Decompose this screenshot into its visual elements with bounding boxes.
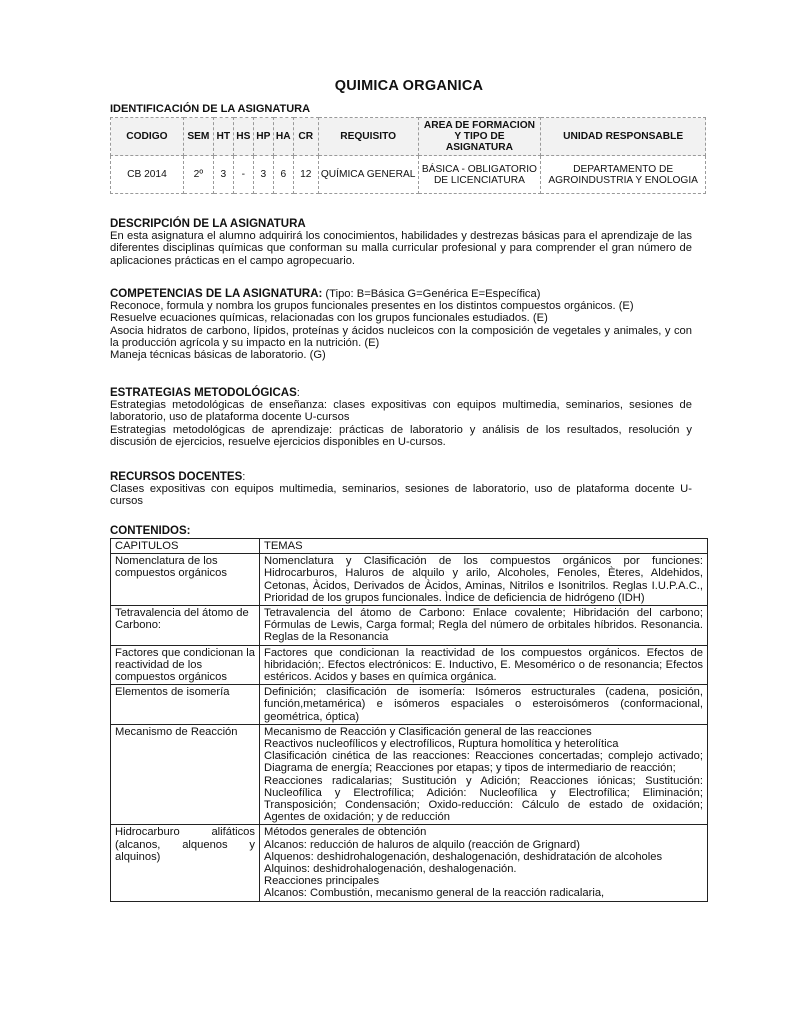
- identification-value-row: CB 2014 2º 3 - 3 6 12 QUÍMICA GENERAL BÁ…: [111, 156, 706, 194]
- topics-cell: Métodos generales de obtención Alcanos: …: [260, 825, 708, 901]
- col-header: HS: [233, 118, 253, 156]
- competency-type: (E): [364, 337, 379, 349]
- col-header: CR: [293, 118, 318, 156]
- topic-line: Reactivos nucleofílicos y electrofílicos…: [264, 738, 703, 750]
- topics-cell: Mecanismo de Reacción y Clasificación ge…: [260, 724, 708, 825]
- topic-line: Clasificación cinética de las reacciones…: [264, 750, 703, 774]
- competencies-heading-line: COMPETENCIAS DE LA ASIGNATURA: (Tipo: B=…: [110, 288, 692, 300]
- competencies-heading: COMPETENCIAS DE LA ASIGNATURA:: [110, 288, 322, 300]
- topics-cell: Definición; clasificación de isomería: I…: [260, 685, 708, 725]
- chapter-cell: Hidrocarburo alifáticos (alcanos, alquen…: [111, 825, 260, 901]
- topic-line: Tetravalencia del átomo de Carbono: Enla…: [264, 607, 703, 644]
- chapter-cell: Elementos de isomería: [111, 685, 260, 725]
- table-cell: -: [233, 156, 253, 194]
- col-header-chapters: CAPITULOS: [111, 539, 260, 554]
- col-header: AREA DE FORMACION Y TIPO DE ASIGNATURA: [418, 118, 541, 156]
- table-cell: CB 2014: [111, 156, 184, 194]
- topic-line: Reacciones principales: [264, 875, 703, 887]
- col-header: UNIDAD RESPONSABLE: [541, 118, 706, 156]
- topics-cell: Factores que condicionan la reactividad …: [260, 645, 708, 685]
- topic-line: Alcanos: Combustión, mecanismo general d…: [264, 887, 703, 899]
- competency-text: Resuelve ecuaciones químicas, relacionad…: [110, 312, 530, 324]
- description-section: DESCRIPCIÓN DE LA ASIGNATURA En esta asi…: [110, 218, 692, 267]
- topic-line: Reacciones radicalarias; Sustitución y A…: [264, 775, 703, 824]
- contents-table: CAPITULOS TEMAS Nomenclatura de los comp…: [110, 538, 708, 902]
- competency-item: Asocia hidratos de carbono, lípidos, pro…: [110, 325, 692, 349]
- table-row: Nomenclatura de los compuestos orgánicos…: [111, 554, 708, 606]
- col-header: CODIGO: [111, 118, 184, 156]
- col-header: HA: [273, 118, 293, 156]
- strategies-section: ESTRATEGIAS METODOLÓGICAS: Estrategias m…: [110, 387, 692, 448]
- col-header: HP: [253, 118, 273, 156]
- description-text: En esta asignatura el alumno adquirirá l…: [110, 230, 692, 267]
- col-header: SEM: [183, 118, 213, 156]
- identification-heading: IDENTIFICACIÓN DE LA ASIGNATURA: [110, 103, 310, 115]
- table-cell: 6: [273, 156, 293, 194]
- competency-item: Maneja técnicas básicas de laboratorio. …: [110, 349, 692, 361]
- table-cell: BÁSICA - OBLIGATORIO DE LICENCIATURA: [418, 156, 541, 194]
- topics-cell: Nomenclatura y Clasificación de los comp…: [260, 554, 708, 606]
- chapter-cell: Nomenclatura de los compuestos orgánicos: [111, 554, 260, 606]
- table-cell: 12: [293, 156, 318, 194]
- resources-text: Clases expositivas con equipos multimedi…: [110, 483, 692, 507]
- chapter-cell: Factores que condicionan la reactividad …: [111, 645, 260, 685]
- topic-line: Alcanos: reducción de haluros de alquilo…: [264, 839, 703, 851]
- col-header: REQUISITO: [318, 118, 418, 156]
- competency-text: Maneja técnicas básicas de laboratorio.: [110, 349, 307, 361]
- table-cell: 3: [253, 156, 273, 194]
- topic-line: Factores que condicionan la reactividad …: [264, 647, 703, 684]
- contents-heading: CONTENIDOS:: [110, 525, 191, 537]
- contents-body: Nomenclatura de los compuestos orgánicos…: [111, 554, 708, 901]
- strategies-heading: ESTRATEGIAS METODOLÓGICAS: [110, 387, 297, 399]
- topics-cell: Tetravalencia del átomo de Carbono: Enla…: [260, 606, 708, 646]
- identification-header-row: CODIGO SEM HT HS HP HA CR REQUISITO AREA…: [111, 118, 706, 156]
- page-title: QUIMICA ORGANICA: [110, 78, 708, 94]
- topic-line: Nomenclatura y Clasificación de los comp…: [264, 555, 703, 604]
- table-cell: DEPARTAMENTO DE AGROINDUSTRIA Y ENOLOGIA: [541, 156, 706, 194]
- table-row: Elementos de isomeríaDefinición; clasifi…: [111, 685, 708, 725]
- resources-heading: RECURSOS DOCENTES: [110, 471, 242, 483]
- col-header-topics: TEMAS: [260, 539, 708, 554]
- competencies-section: COMPETENCIAS DE LA ASIGNATURA: (Tipo: B=…: [110, 288, 692, 361]
- description-heading: DESCRIPCIÓN DE LA ASIGNATURA: [110, 218, 692, 230]
- competency-item: Reconoce, formula y nombra los grupos fu…: [110, 300, 692, 312]
- competency-type: (E): [619, 300, 634, 312]
- strategies-heading-line: ESTRATEGIAS METODOLÓGICAS:: [110, 387, 692, 399]
- competency-type: (E): [533, 312, 548, 324]
- competency-text: Reconoce, formula y nombra los grupos fu…: [110, 300, 616, 312]
- competency-item: Resuelve ecuaciones químicas, relacionad…: [110, 312, 692, 324]
- identification-table: CODIGO SEM HT HS HP HA CR REQUISITO AREA…: [110, 117, 706, 194]
- competencies-legend: (Tipo: B=Básica G=Genérica E=Específica): [322, 288, 540, 300]
- resources-heading-line: RECURSOS DOCENTES:: [110, 471, 692, 483]
- table-cell: 2º: [183, 156, 213, 194]
- table-cell: QUÍMICA GENERAL: [318, 156, 418, 194]
- table-row: Mecanismo de ReacciónMecanismo de Reacci…: [111, 724, 708, 825]
- topic-line: Mecanismo de Reacción y Clasificación ge…: [264, 726, 703, 738]
- contents-header-row: CAPITULOS TEMAS: [111, 539, 708, 554]
- strategy-item: Estrategias metodológicas de aprendizaje…: [110, 424, 692, 448]
- topic-line: Métodos generales de obtención: [264, 826, 703, 838]
- table-cell: 3: [213, 156, 233, 194]
- resources-section: RECURSOS DOCENTES: Clases expositivas co…: [110, 471, 692, 508]
- chapter-cell: Mecanismo de Reacción: [111, 724, 260, 825]
- table-row: Factores que condicionan la reactividad …: [111, 645, 708, 685]
- table-row: Hidrocarburo alifáticos (alcanos, alquen…: [111, 825, 708, 901]
- topic-line: Definición; clasificación de isomería: I…: [264, 686, 703, 723]
- table-row: Tetravalencia del átomo de Carbono:Tetra…: [111, 606, 708, 646]
- strategy-item: Estrategias metodológicas de enseñanza: …: [110, 399, 692, 423]
- topic-line: Alquenos: deshidrohalogenación, deshalog…: [264, 851, 703, 863]
- competency-text: Asocia hidratos de carbono, lípidos, pro…: [110, 325, 692, 349]
- col-header: HT: [213, 118, 233, 156]
- topic-line: Alquinos: deshidrohalogenación, deshalog…: [264, 863, 703, 875]
- chapter-cell: Tetravalencia del átomo de Carbono:: [111, 606, 260, 646]
- competency-type: (G): [310, 349, 326, 361]
